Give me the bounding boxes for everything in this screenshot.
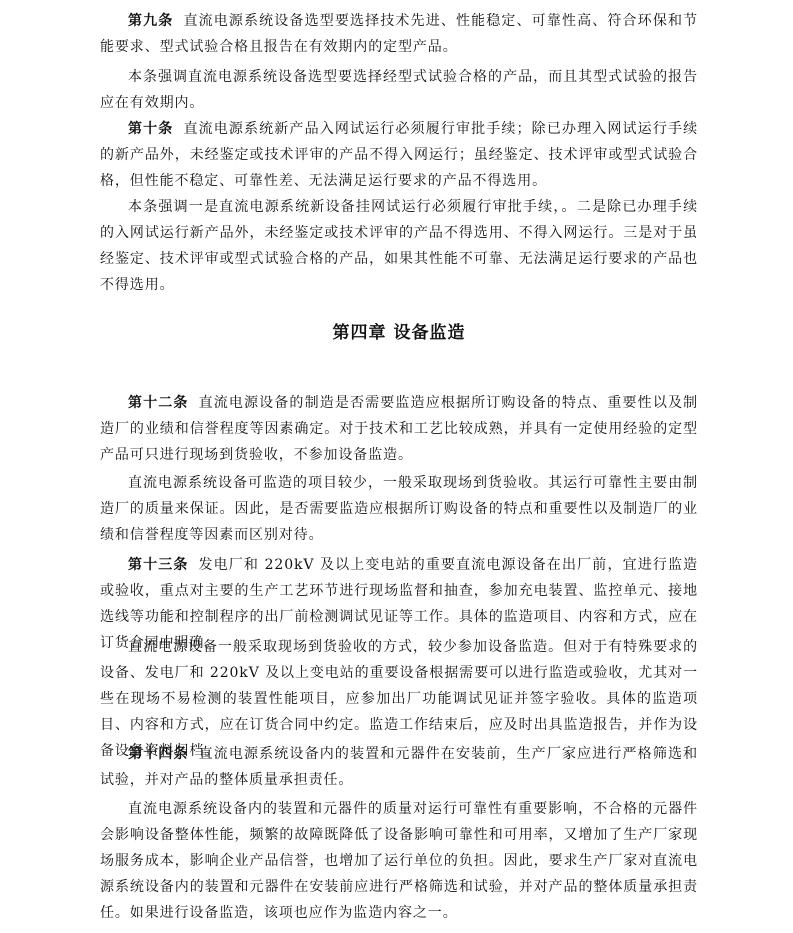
article-text: 直流电源系统设备选型要选择技术先进、性能稳定、可靠性高、符合环保和节能要求、型式… [100,13,698,55]
article-text: 直流电源系统新产品入网试运行必须履行审批手续；除已办理入网试运行手续的新产品外，… [100,121,698,189]
paragraph: 直流电源系统设备内的装置和元器件的质量对运行可靠性有重要影响，不合格的元器件会影… [100,796,698,926]
paragraph: 本条强调一是直流电源系统新设备挂网试运行必须履行审批手续，。二是除已办理手续的入… [100,194,698,298]
article-9: 第九条直流电源系统设备选型要选择技术先进、性能稳定、可靠性高、符合环保和节能要求… [100,8,698,60]
article-text: 直流电源系统设备内的装置和元器件在安装前，生产厂家应进行严格筛选和试验，并对产品… [100,746,698,788]
paragraph: 本条强调直流电源系统设备选型要选择经型式试验合格的产品，而且其型式试验的报告应在… [100,64,698,116]
article-12-explanation: 直流电源系统设备可监造的项目较少，一般采取现场到货验收。其运行可靠性主要由制造厂… [100,470,698,548]
chapter-title: 第四章 设备监造 [100,318,698,343]
paragraph: 第十四条直流电源系统设备内的装置和元器件在安装前，生产厂家应进行严格筛选和试验，… [100,741,698,793]
article-14-explanation: 直流电源系统设备内的装置和元器件的质量对运行可靠性有重要影响，不合格的元器件会影… [100,796,698,926]
paragraph: 第十条直流电源系统新产品入网试运行必须履行审批手续；除已办理入网试运行手续的新产… [100,116,698,194]
article-text: 直流电源设备的制造是否需要监造应根据所订购设备的特点、重要性以及制造厂的业绩和信… [100,395,698,463]
article-label: 第十二条 [128,395,189,411]
paragraph: 第九条直流电源系统设备选型要选择技术先进、性能稳定、可靠性高、符合环保和节能要求… [100,8,698,60]
paragraph: 直流电源系统设备可监造的项目较少，一般采取现场到货验收。其运行可靠性主要由制造厂… [100,470,698,548]
article-label: 第十三条 [128,557,189,573]
article-12: 第十二条直流电源设备的制造是否需要监造应根据所订购设备的特点、重要性以及制造厂的… [100,390,698,468]
article-14: 第十四条直流电源系统设备内的装置和元器件在安装前，生产厂家应进行严格筛选和试验，… [100,741,698,793]
paragraph: 第十二条直流电源设备的制造是否需要监造应根据所订购设备的特点、重要性以及制造厂的… [100,390,698,468]
article-10: 第十条直流电源系统新产品入网试运行必须履行审批手续；除已办理入网试运行手续的新产… [100,116,698,194]
article-label: 第十四条 [128,746,189,762]
article-label: 第十条 [128,121,173,137]
article-9-explanation: 本条强调直流电源系统设备选型要选择经型式试验合格的产品，而且其型式试验的报告应在… [100,64,698,116]
article-10-explanation: 本条强调一是直流电源系统新设备挂网试运行必须履行审批手续，。二是除已办理手续的入… [100,194,698,298]
article-label: 第九条 [128,13,173,29]
